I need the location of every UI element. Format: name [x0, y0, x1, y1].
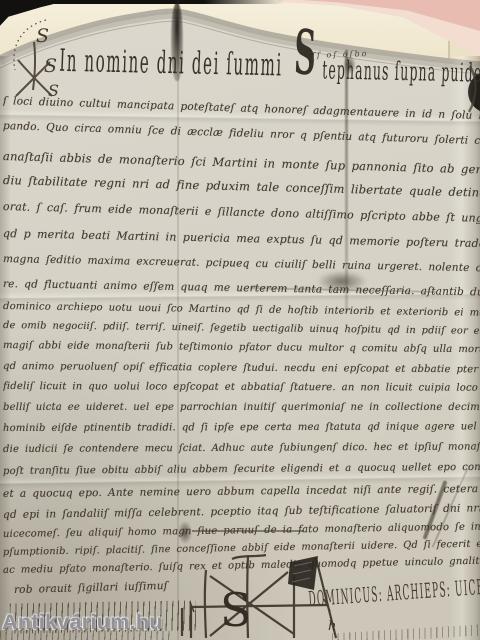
manuscript-line: die iudicii ſe contendere mecu ſciat. Ad…	[3, 442, 480, 455]
manuscript-photo: S S S In nomine dni dei ſummi S tephanus…	[0, 0, 480, 640]
manuscript-line: ſ loci diuino cultui mancipata poteſtate…	[3, 95, 480, 122]
manuscript-line: poſt tranſitu ſiue obitu abbiſ aliu abbe…	[3, 462, 480, 477]
manuscript-line: orat. ſ caſ. frum eide monaſterii e ſill…	[3, 200, 480, 225]
manuscript-line: diu ſtabilitate regni nri ad fine pduxim…	[3, 173, 480, 199]
manuscript-line: uicecomeſ. ſeu aliquiſ homo magn ſiue pa…	[3, 522, 480, 540]
manuscript-line: anaſtaſii abbis de monaſterio ſci Martin…	[3, 149, 480, 176]
manuscript-body: ſ loci diuino cultui mancipata poteſtate…	[0, 0, 480, 640]
monogram-mark: h	[328, 619, 336, 634]
manuscript-line: re. qd fluctuanti animo eſſem quaq me ue…	[3, 278, 480, 298]
manuscript-line: fideliſ licuit in quo uolui loco epſcopa…	[3, 381, 480, 394]
manuscript-line: qd epi in ſandaliiſ miſſa celebrent. pce…	[3, 502, 480, 521]
manuscript-line: belliſ uicta ee uideret. uel epe parroch…	[3, 402, 480, 413]
antikvarium-watermark: Antikvárium.hu	[2, 610, 163, 635]
manuscript-line: dominico archiepo uotu uoui ſco Martino …	[3, 301, 480, 319]
manuscript-line: pando. Quo circa omniu ſce di æcclæ fide…	[3, 120, 480, 147]
manuscript-line: qd animo peruoluenſ opiſ efficatia cople…	[3, 361, 480, 375]
manuscript-line: de omib negociiſ. pdiiſ. terriſ. uineiſ.…	[3, 320, 480, 337]
manuscript-line: et a quocuq epo. Ante nemine uero abbum …	[3, 483, 480, 500]
manuscript-line: magna ſeditio maxima excreuerat. pcipueq…	[3, 253, 480, 274]
manuscript-line: qd p merita beati Martini in puericia me…	[3, 227, 480, 250]
manuscript-line: magiſ abbi eide monaſterii ſub teſtimoni…	[3, 340, 480, 355]
manuscript-line: hominib eiſde ptinentib tradidi. qd ſi i…	[3, 421, 480, 434]
monogram-letter-s: S	[220, 583, 252, 637]
